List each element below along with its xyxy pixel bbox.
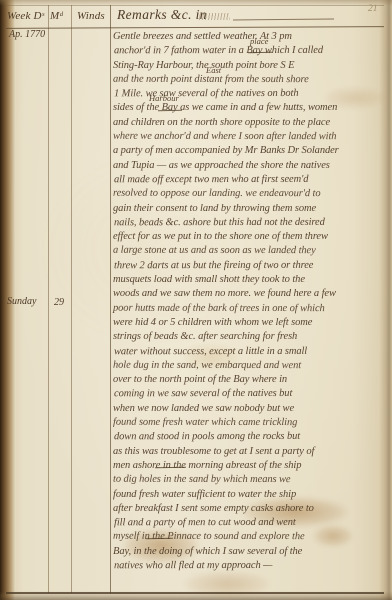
remarks-line: were hid 4 or 5 children with whom we le… bbox=[113, 316, 387, 330]
remarks-line: all made off except two men who at first… bbox=[114, 173, 388, 188]
remarks-line: down and stood in pools among the rocks … bbox=[114, 430, 388, 445]
remarks-line: a large stone at us and as soon as we la… bbox=[113, 244, 387, 259]
column-rule-month-winds bbox=[71, 5, 72, 593]
remarks-line: after breakfast I sent some empty casks … bbox=[113, 502, 387, 516]
remarks-line: natives who all fled at my approach — bbox=[114, 559, 388, 574]
remarks-line: 1 Mile. we saw several of the natives on… bbox=[114, 87, 388, 102]
remarks-line: resolved to oppose our landing. we endea… bbox=[113, 187, 387, 202]
remarks-line: effect for as we put in to the shore one… bbox=[113, 230, 387, 244]
column-header-month-days: Mᵈ bbox=[50, 10, 63, 22]
remarks-line: where we anchor'd and where I soon after… bbox=[113, 130, 387, 145]
column-rule-winds-remarks bbox=[110, 5, 111, 593]
header-flourish-line bbox=[233, 18, 334, 20]
top-rule bbox=[6, 5, 384, 6]
remarks-line: Bay, in the doing of which I saw several… bbox=[113, 545, 387, 559]
remarks-line: found some fresh water which came trickl… bbox=[113, 416, 387, 431]
remarks-line: Gentle breezes and settled weather. At 3… bbox=[113, 30, 387, 44]
journal-page: Week Dˢ Mᵈ Winds Remarks &c. in 21 Ap. 1… bbox=[0, 0, 392, 600]
remarks-line: and the north point distant from the sou… bbox=[113, 73, 387, 88]
column-header-week-days: Week Dˢ bbox=[7, 10, 44, 22]
remarks-line: a party of men accompanied by Mr Banks D… bbox=[113, 144, 387, 158]
remarks-line: over to the north point of the Bay where… bbox=[113, 373, 387, 387]
remarks-line: water without success, except a little i… bbox=[114, 344, 388, 359]
remarks-line: fill and a party of men to cut wood and … bbox=[114, 516, 388, 531]
page-number: 21 bbox=[368, 4, 378, 14]
margin-month-year: Ap. 1770 bbox=[9, 29, 45, 40]
margin-week-day: Sunday bbox=[7, 296, 36, 307]
remarks-line: anchor'd in 7 fathom water in a Bay whic… bbox=[114, 44, 388, 59]
remarks-line: nails, beads &c. ashore but this had not… bbox=[114, 216, 388, 231]
column-header-winds: Winds bbox=[77, 10, 105, 22]
remarks-line: and children on the north shore opposite… bbox=[113, 116, 387, 130]
remarks-line: threw 2 darts at us but the fireing of t… bbox=[114, 258, 388, 273]
remarks-line: gain their consent to land by throwing t… bbox=[113, 202, 387, 216]
remarks-line: myself in the Pinnace to sound and explo… bbox=[113, 530, 387, 545]
remarks-line: found fresh water sufficient to water th… bbox=[113, 488, 387, 502]
remarks-line: to dig holes in the sand by which means … bbox=[113, 473, 387, 488]
bottom-rule bbox=[6, 592, 384, 594]
remarks-line: coming in we saw several of the natives … bbox=[114, 387, 388, 402]
column-rule-week-month bbox=[48, 5, 49, 593]
remarks-line: Sting-Ray Harbour, the south point bore … bbox=[113, 59, 387, 73]
remarks-line: woods and we saw them no more. we found … bbox=[113, 287, 387, 301]
remarks-line: sides of the Bay as we came in and a few… bbox=[113, 101, 387, 115]
remarks-line: men ashore in the morning abreast of the… bbox=[113, 459, 387, 473]
column-header-remarks: Remarks &c. in bbox=[117, 7, 207, 23]
remarks-text: Gentle breezes and settled weather. At 3… bbox=[113, 30, 387, 573]
remarks-line: hole dug in the sand, we embarqued and w… bbox=[113, 359, 387, 374]
remarks-line: musquets load with small shott they took… bbox=[113, 273, 387, 287]
remarks-line: when we now landed we saw nobody but we bbox=[113, 402, 387, 416]
remarks-line: as this was troublesome to get at I sent… bbox=[113, 445, 387, 459]
margin-month-day: 29 bbox=[54, 297, 64, 308]
remarks-line: and Tupia — as we approached the shore t… bbox=[113, 159, 387, 173]
remarks-line: poor hutts made of the bark of trees in … bbox=[113, 301, 387, 316]
remarks-line: strings of beads &c. after searching for… bbox=[113, 330, 387, 344]
header-rule bbox=[6, 26, 384, 29]
